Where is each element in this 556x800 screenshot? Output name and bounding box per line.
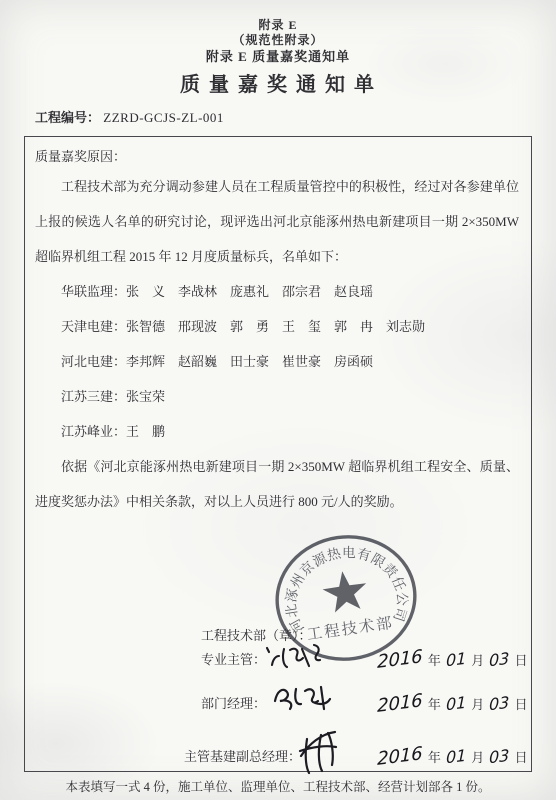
awardee-row: 江苏峰业：王 鹏 [35,414,519,449]
month-unit: 月 [471,750,484,765]
appendix-note: （规范性附录） [0,33,556,48]
handwritten-month: 01 [446,648,467,673]
year-unit: 年 [428,653,441,668]
project-number-line: 工程编号： ZZRD-GCJS-ZL-001 [35,109,556,126]
awardee-row: 江苏三建：张宝荣 [35,379,519,414]
day-unit: 日 [515,697,528,712]
handwritten-year: 2016 [377,690,423,718]
handwritten-signature [293,722,383,778]
year-unit: 年 [428,697,441,712]
handwritten-day: 03 [489,648,510,673]
signature-label: 部门经理： [201,693,266,715]
awardee-unit: 华联监理： [61,284,126,299]
awardee-names: 张 义 李战林 庞惠礼 邵宗君 赵良瑶 [126,284,373,299]
handwritten-month: 01 [446,745,467,770]
month-unit: 月 [471,653,484,668]
awardee-row: 华联监理：张 义 李战林 庞惠礼 邵宗君 赵良瑶 [35,274,519,309]
year-unit: 年 [428,750,441,765]
award-reason-box: 质量嘉奖原因： 工程技术部为充分调动参建人员在工程质量管控中的积极性，经过对各参… [24,136,532,772]
awardee-unit: 江苏三建： [61,389,126,404]
handwritten-day: 03 [489,745,510,770]
signature-row-supervisor: 专业主管： 2016年01月03日 [25,649,525,671]
reason-paragraph: 工程技术部为充分调动参建人员在工程质量管控中的积极性，经过对各参建单位上报的候选… [35,169,519,274]
signature-row-deputy-gm: 主管基建副总经理： 2016年01月03日 [25,746,525,768]
handwritten-year: 2016 [377,646,423,674]
handwritten-day: 03 [489,692,510,717]
signature-label: 专业主管： [201,649,266,671]
handwritten-month: 01 [446,692,467,717]
awardee-names: 王 鹏 [126,424,165,439]
appendix-label: 附录 E [0,18,556,33]
awardee-unit: 江苏峰业： [61,424,126,439]
project-number-value: ZZRD-GCJS-ZL-001 [103,110,224,125]
signature-area: 河北涿州京源热电有限责任公司 工程技术部 工程技术部（章）： 专业主管： 201… [25,513,531,771]
signature-label: 主管基建副总经理： [184,746,301,768]
awardee-unit: 天津电建： [61,319,126,334]
handwritten-signature [261,637,361,677]
document-header: 附录 E （规范性附录） 附录 E 质量嘉奖通知单 质 量 嘉 奖 通 知 单 [0,0,556,98]
awardee-names: 张智德 邢现波 郭 勇 王 玺 郭 冉 刘志勋 [126,319,425,334]
day-unit: 日 [515,653,528,668]
day-unit: 日 [515,750,528,765]
signature-row-dept-manager: 部门经理： 2016年01月03日 [25,693,525,715]
awardee-names: 张宝荣 [126,389,165,404]
appendix-title: 附录 E 质量嘉奖通知单 [0,48,556,65]
awardee-names: 李邦辉 赵韶巍 田士豪 崔世豪 房函硕 [126,354,373,369]
handwritten-signature [267,677,371,723]
date-group: 2016年01月03日 [375,746,531,769]
award-basis-paragraph: 依据《河北京能涿州热电新建项目一期 2×350MW 超临界机组工程安全、质量、进… [35,449,519,519]
month-unit: 月 [471,697,484,712]
document-page: 附录 E （规范性附录） 附录 E 质量嘉奖通知单 质 量 嘉 奖 通 知 单 … [0,0,556,800]
handwritten-year: 2016 [377,743,423,771]
project-number-label: 工程编号： [35,110,100,125]
awardee-row: 天津电建：张智德 邢现波 郭 勇 王 玺 郭 冉 刘志勋 [35,309,519,344]
awardee-unit: 河北电建： [61,354,126,369]
date-group: 2016年01月03日 [375,693,531,716]
reason-label: 质量嘉奖原因： [35,145,519,169]
date-group: 2016年01月03日 [375,649,531,672]
page-title: 质 量 嘉 奖 通 知 单 [0,72,556,98]
seal-star-icon [320,568,369,614]
footer-note: 本表填写一式 4 份，施工单位、监理单位、工程技术部、经营计划部各 1 份。 [0,779,556,796]
awardee-row: 河北电建：李邦辉 赵韶巍 田士豪 崔世豪 房函硕 [35,344,519,379]
